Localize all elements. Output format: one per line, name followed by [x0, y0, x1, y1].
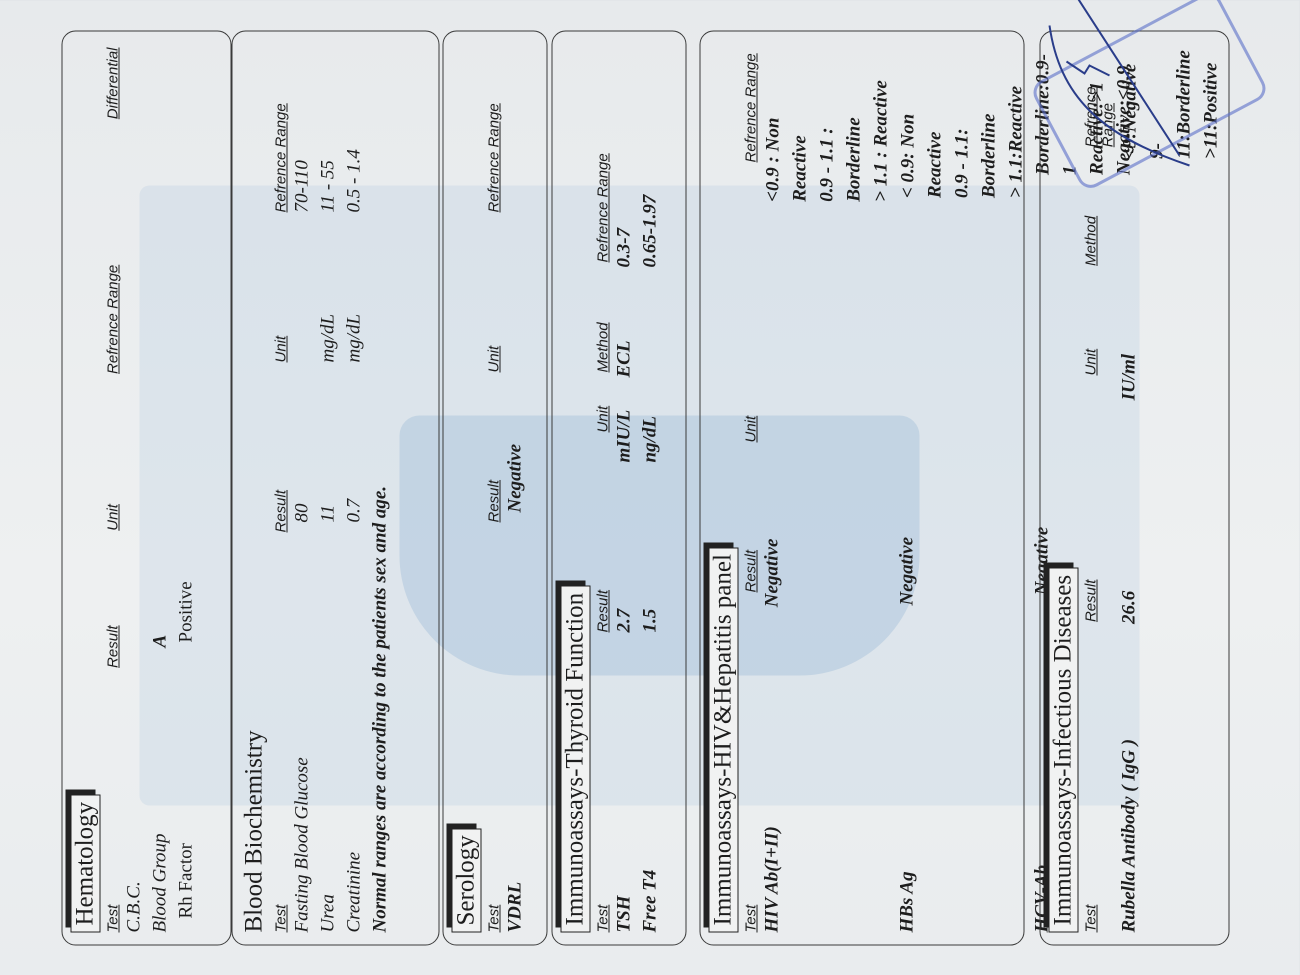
table-row: Urea 11 mg/dL 11 - 55 — [316, 48, 342, 933]
test-name: HIV Ab(I+II) — [760, 607, 786, 932]
table-row: Rh Factor Positive — [174, 48, 200, 933]
signature-mark — [1040, 0, 1200, 176]
table-header: Test Result Unit Refrence Range — [743, 48, 760, 933]
table-row: Rubella Antibody ( IgG ) 26.6 IU/ml <9:N… — [1117, 48, 1225, 933]
table-row: Creatinine 0.7 mg/dL 0.5 - 1.4 — [342, 48, 368, 933]
table-row: HBs AgNegative< 0.9: Non Reactive0.9 - 1… — [895, 48, 1030, 933]
table-row: HIV Ab(I+II)Negative<0.9 : Non Reactive0… — [760, 48, 895, 933]
section-title: Immunoassays-Infectious Diseases — [1049, 568, 1079, 933]
reference-range-list: < 0.9: Non Reactive0.9 - 1.1: Borderline… — [895, 48, 1030, 199]
table-row: Fasting Blood Glucose 80 70-110 — [290, 48, 316, 933]
section-title: Blood Biochemistry — [241, 730, 269, 932]
table-header: Test Result Unit Refrence Range — [273, 48, 290, 933]
reference-range-list: <0.9 : Non Reactive0.9 - 1.1 : Borderlin… — [760, 48, 895, 202]
table-header: Test Result Unit Refrence Range Differen… — [105, 48, 122, 933]
section-title: Serology — [452, 828, 482, 932]
serology-section: Serology Test Result Unit Refrence Range… — [443, 31, 548, 946]
table-row: TSH 2.7 mIU/L ECL 0.3-7 — [612, 48, 638, 933]
table-row: C.B.C. — [122, 48, 148, 933]
section-title: Immunoassays-HIV&Hepatitis panel — [709, 547, 739, 932]
test-name: HBs Ag — [895, 606, 921, 933]
reference-note: Normal ranges are according to the patie… — [370, 48, 392, 933]
table-row: Free T4 1.5 ng/dL 0.65-1.97 — [638, 48, 664, 933]
hematology-section: Hematology Test Result Unit Refrence Ran… — [62, 31, 232, 946]
lab-report-sheet: Hematology Test Result Unit Refrence Ran… — [0, 1, 1300, 975]
table-row: Blood Group A — [148, 48, 174, 933]
section-title: Immunoassays-Thyroid Function — [561, 586, 591, 933]
test-result: Negative — [895, 198, 921, 606]
section-title: Hematology — [71, 795, 101, 933]
table-header: Test Result Unit Method Refrence Range — [595, 48, 612, 933]
table-row: VDRL Negative — [503, 48, 529, 933]
biochemistry-section: Blood Biochemistry Test Result Unit Refr… — [232, 31, 440, 946]
thyroid-section: Immunoassays-Thyroid Function Test Resul… — [552, 31, 687, 946]
hiv-hepatitis-section: Immunoassays-HIV&Hepatitis panel Test Re… — [700, 31, 1025, 946]
test-result: Negative — [760, 202, 786, 607]
table-header: Test Result Unit Refrence Range — [486, 48, 503, 933]
